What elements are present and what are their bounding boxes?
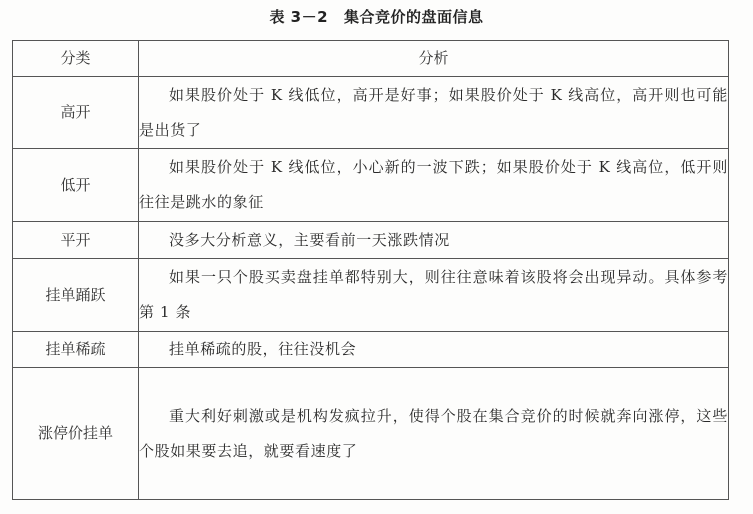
table-row: 低开 如果股价处于 K 线低位，小心新的一波下跌；如果股价处于 K 线高位，低开… xyxy=(13,149,729,222)
category-cell: 高开 xyxy=(13,77,139,149)
auction-info-table: 分类 分析 高开 如果股价处于 K 线低位，高开是好事；如果股价处于 K 线高位… xyxy=(12,40,729,500)
table-title: 集合竞价的盘面信息 xyxy=(344,8,484,26)
category-cell: 挂单踊跃 xyxy=(13,259,139,332)
analysis-cell: 如果一只个股买卖盘挂单都特别大，则往往意味着该股将会出现异动。具体参考第 1 条 xyxy=(139,259,729,332)
analysis-cell: 重大利好刺激或是机构发疯拉升，使得个股在集合竞价的时候就奔向涨停，这些个股如果要… xyxy=(139,368,729,500)
table-caption: 表 3－2集合竞价的盘面信息 xyxy=(0,6,753,27)
analysis-text: 重大利好刺激或是机构发疯拉升，使得个股在集合竞价的时候就奔向涨停，这些个股如果要… xyxy=(139,399,728,469)
category-cell: 涨停价挂单 xyxy=(13,368,139,500)
analysis-text: 如果一只个股买卖盘挂单都特别大，则往往意味着该股将会出现异动。具体参考第 1 条 xyxy=(139,260,728,330)
header-category: 分类 xyxy=(13,41,139,77)
category-cell: 挂单稀疏 xyxy=(13,332,139,368)
table-number: 表 3－2 xyxy=(269,8,328,26)
analysis-cell: 如果股价处于 K 线低位，小心新的一波下跌；如果股价处于 K 线高位，低开则往往… xyxy=(139,149,729,222)
analysis-text: 如果股价处于 K 线低位，小心新的一波下跌；如果股价处于 K 线高位，低开则往往… xyxy=(139,150,728,220)
header-analysis: 分析 xyxy=(139,41,729,77)
table-row: 挂单稀疏 挂单稀疏的股，往往没机会 xyxy=(13,332,729,368)
table-header-row: 分类 分析 xyxy=(13,41,729,77)
analysis-text: 没多大分析意义，主要看前一天涨跌情况 xyxy=(139,223,728,258)
analysis-text: 挂单稀疏的股，往往没机会 xyxy=(139,332,728,367)
analysis-cell: 如果股价处于 K 线低位，高开是好事；如果股价处于 K 线高位，高开则也可能是出… xyxy=(139,77,729,149)
category-cell: 平开 xyxy=(13,222,139,259)
table-row: 挂单踊跃 如果一只个股买卖盘挂单都特别大，则往往意味着该股将会出现异动。具体参考… xyxy=(13,259,729,332)
analysis-cell: 没多大分析意义，主要看前一天涨跌情况 xyxy=(139,222,729,259)
category-cell: 低开 xyxy=(13,149,139,222)
table-row: 涨停价挂单 重大利好刺激或是机构发疯拉升，使得个股在集合竞价的时候就奔向涨停，这… xyxy=(13,368,729,500)
analysis-text: 如果股价处于 K 线低位，高开是好事；如果股价处于 K 线高位，高开则也可能是出… xyxy=(139,78,728,148)
table-row: 高开 如果股价处于 K 线低位，高开是好事；如果股价处于 K 线高位，高开则也可… xyxy=(13,77,729,149)
analysis-cell: 挂单稀疏的股，往往没机会 xyxy=(139,332,729,368)
table-row: 平开 没多大分析意义，主要看前一天涨跌情况 xyxy=(13,222,729,259)
